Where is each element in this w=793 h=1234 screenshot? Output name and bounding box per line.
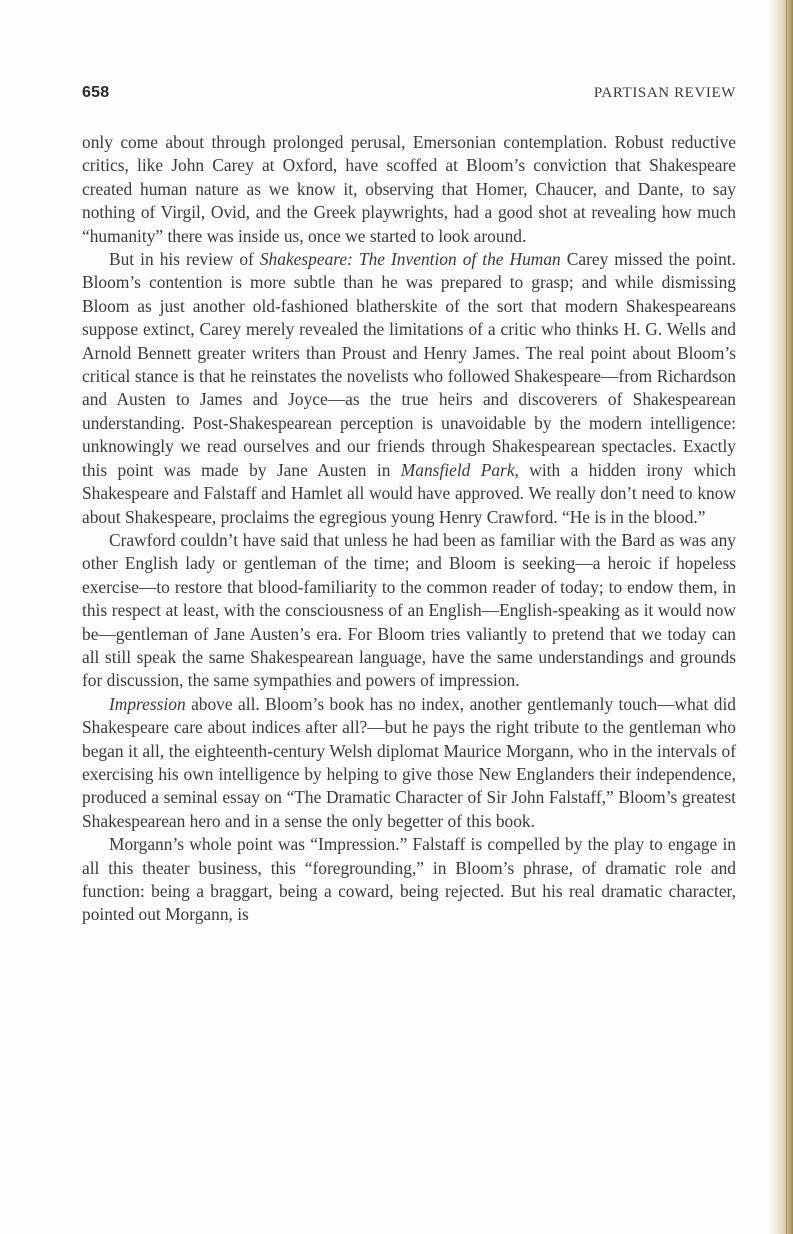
article-body: only come about through prolonged perusa… bbox=[82, 131, 736, 927]
paragraph-text: Carey missed the point. Bloom’s contenti… bbox=[82, 249, 736, 480]
paragraph-5: Morgann’s whole point was “Impression.” … bbox=[82, 833, 736, 927]
paragraph-text: Morgann’s whole point was “Impression.” … bbox=[82, 834, 736, 924]
paragraph-text: only come about through prolonged perusa… bbox=[82, 132, 736, 246]
journal-title: PARTISAN REVIEW bbox=[594, 85, 736, 102]
page-gutter-shadow bbox=[769, 0, 793, 1234]
paragraph-1: only come about through prolonged perusa… bbox=[82, 131, 736, 248]
paragraph-2: But in his review of Shakespeare: The In… bbox=[82, 248, 736, 529]
paragraph-text: But in his review of bbox=[109, 249, 260, 269]
paragraph-text: above all. Bloom’s book has no index, an… bbox=[82, 694, 736, 831]
paragraph-text: Crawford couldn’t have said that unless … bbox=[82, 530, 736, 690]
running-head: 658 PARTISAN REVIEW bbox=[82, 84, 736, 106]
paragraph-3: Crawford couldn’t have said that unless … bbox=[82, 529, 736, 693]
page-number: 658 bbox=[82, 84, 109, 102]
book-title: Mansfield Park, bbox=[401, 460, 519, 480]
emphasis-word: Impression bbox=[109, 694, 186, 714]
book-page: 658 PARTISAN REVIEW only come about thro… bbox=[0, 0, 793, 1234]
page-edge-line bbox=[786, 0, 787, 1234]
book-title: Shakespeare: The Invention of the Human bbox=[260, 249, 561, 269]
paragraph-4: Impression above all. Bloom’s book has n… bbox=[82, 693, 736, 833]
